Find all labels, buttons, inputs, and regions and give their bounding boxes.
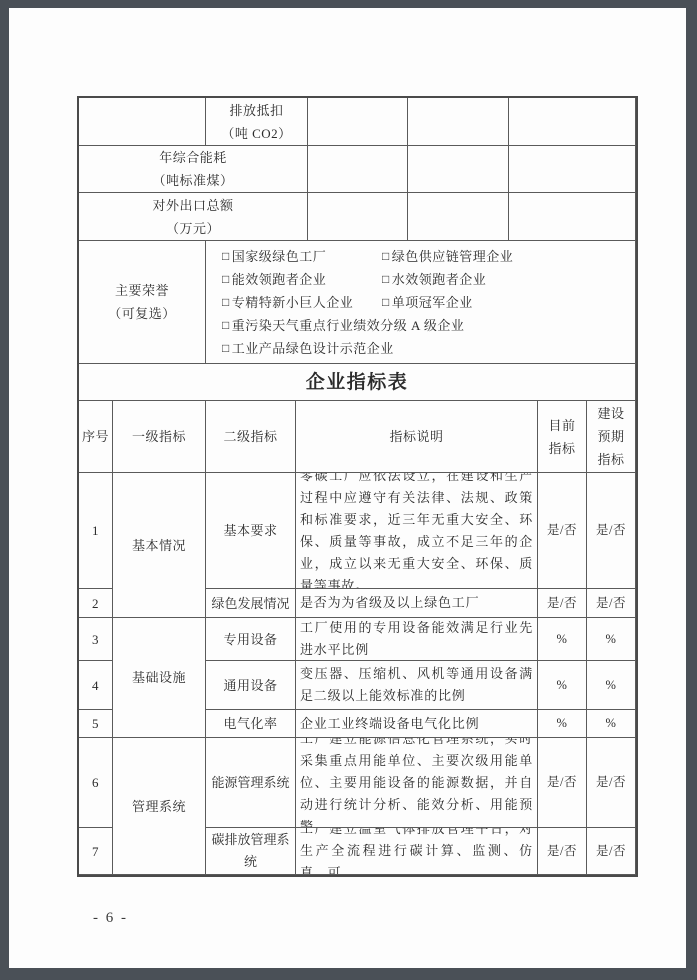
- checkbox-icon: □: [222, 291, 230, 314]
- level1-group-cell: 管理系统: [113, 738, 206, 875]
- level2-cell: 通用设备: [206, 661, 296, 710]
- seq-cell: 7: [79, 828, 113, 875]
- honor-option-label: 水效领跑者企业: [392, 268, 487, 291]
- desc-cell: 工厂建立能源信息化管理系统，实时采集重点用能单位、主要次级用能单位、主要用能设备…: [296, 738, 538, 828]
- level1-group-cell: 基础设施: [113, 618, 206, 738]
- col-header-level2: 二级指标: [206, 401, 296, 473]
- carryover-empty-value-cell: [308, 98, 408, 146]
- document-page: 排放抵扣 （吨 CO2） 年综合能耗 （吨标准煤） 对外出口总额 （万元） 主要…: [9, 8, 686, 968]
- honor-checkbox-option[interactable]: □国家级绿色工厂: [222, 245, 382, 268]
- current-value-cell: 是/否: [538, 738, 587, 828]
- checkbox-icon: □: [222, 337, 230, 360]
- expected-value-cell: 是/否: [587, 473, 636, 589]
- honor-option-label: 重污染天气重点行业绩效分级 A 级企业: [232, 314, 465, 337]
- honor-option-label: 工业产品绿色设计示范企业: [232, 337, 394, 360]
- page-number: - 6 -: [93, 910, 128, 927]
- seq-cell: 1: [79, 473, 113, 589]
- carryover-empty-value-cell: [408, 146, 509, 193]
- level2-cell: 能源管理系统: [206, 738, 296, 828]
- table-title: 企业指标表: [79, 364, 636, 401]
- honor-option-label: 国家级绿色工厂: [232, 245, 327, 268]
- current-value-cell: 是/否: [538, 473, 587, 589]
- carryover-empty-value-cell: [509, 193, 636, 241]
- honor-option-label: 绿色供应链管理企业: [392, 245, 514, 268]
- col-header-level1: 一级指标: [113, 401, 206, 473]
- honor-checkbox-option[interactable]: □重污染天气重点行业绩效分级 A 级企业: [222, 314, 464, 337]
- current-value-cell: %: [538, 661, 587, 710]
- checkbox-icon: □: [382, 245, 390, 268]
- checkbox-icon: □: [382, 291, 390, 314]
- honor-checkbox-option[interactable]: □能效领跑者企业: [222, 268, 382, 291]
- col-header-current: 目前 指标: [538, 401, 587, 473]
- level2-cell: 专用设备: [206, 618, 296, 661]
- current-value-cell: 是/否: [538, 589, 587, 618]
- desc-cell: 工厂使用的专用设备能效满足行业先进水平比例: [296, 618, 538, 661]
- honor-checkbox-option[interactable]: □工业产品绿色设计示范企业: [222, 337, 394, 360]
- carryover-empty-value-cell: [308, 193, 408, 241]
- carryover-label-cell: 排放抵扣 （吨 CO2）: [206, 98, 308, 146]
- honor-checkbox-option[interactable]: □水效领跑者企业: [382, 268, 486, 291]
- checkbox-icon: □: [222, 314, 230, 337]
- desc-cell: 变压器、压缩机、风机等通用设备满足二级以上能效标准的比例: [296, 661, 538, 710]
- form-table: 排放抵扣 （吨 CO2） 年综合能耗 （吨标准煤） 对外出口总额 （万元） 主要…: [79, 98, 636, 875]
- carryover-blank-cell: [79, 98, 206, 146]
- col-header-expected: 建设 预期 指标: [587, 401, 636, 473]
- expected-value-cell: 是/否: [587, 828, 636, 875]
- honor-option-label: 单项冠军企业: [392, 291, 473, 314]
- honor-checkbox-option[interactable]: □绿色供应链管理企业: [382, 245, 513, 268]
- seq-cell: 3: [79, 618, 113, 661]
- desc-cell: 工厂建立温室气体排放管理平台，对生产全流程进行碳计算、监测、仿真、可: [296, 828, 538, 875]
- current-value-cell: %: [538, 618, 587, 661]
- honor-option-row: □工业产品绿色设计示范企业: [222, 337, 635, 360]
- carryover-empty-value-cell: [408, 98, 509, 146]
- honor-option-row: □重污染天气重点行业绩效分级 A 级企业: [222, 314, 635, 337]
- level2-cell: 电气化率: [206, 710, 296, 738]
- seq-cell: 4: [79, 661, 113, 710]
- level2-cell: 绿色发展情况: [206, 589, 296, 618]
- honor-checkbox-option[interactable]: □单项冠军企业: [382, 291, 473, 314]
- carryover-label-cell: 对外出口总额 （万元）: [79, 193, 308, 241]
- level1-group-cell: 基本情况: [113, 473, 206, 618]
- honor-option-row: □国家级绿色工厂 □绿色供应链管理企业: [222, 245, 635, 268]
- scanned-document-screenshot: { "page": { "footer_text": "- 6 -" }, "c…: [0, 0, 697, 980]
- level2-cell: 碳排放管理系统: [206, 828, 296, 875]
- honor-checkbox-option[interactable]: □专精特新小巨人企业: [222, 291, 382, 314]
- expected-value-cell: 是/否: [587, 589, 636, 618]
- seq-cell: 5: [79, 710, 113, 738]
- checkbox-icon: □: [222, 245, 230, 268]
- carryover-empty-value-cell: [509, 98, 636, 146]
- desc-cell: 企业工业终端设备电气化比例: [296, 710, 538, 738]
- current-value-cell: 是/否: [538, 828, 587, 875]
- seq-cell: 6: [79, 738, 113, 828]
- honors-label-cell: 主要荣誉 （可复选）: [79, 241, 206, 364]
- honors-options-cell: □国家级绿色工厂 □绿色供应链管理企业 □能效领跑者企业 □水效领跑者企业 □专…: [206, 241, 636, 364]
- carryover-empty-value-cell: [408, 193, 509, 241]
- carryover-empty-value-cell: [509, 146, 636, 193]
- desc-cell: 是否为为省级及以上绿色工厂: [296, 589, 538, 618]
- col-header-seq: 序号: [79, 401, 113, 473]
- carryover-label-cell: 年综合能耗 （吨标准煤）: [79, 146, 308, 193]
- honor-option-label: 能效领跑者企业: [232, 268, 327, 291]
- current-value-cell: %: [538, 710, 587, 738]
- expected-value-cell: %: [587, 661, 636, 710]
- expected-value-cell: %: [587, 710, 636, 738]
- seq-cell: 2: [79, 589, 113, 618]
- checkbox-icon: □: [222, 268, 230, 291]
- expected-value-cell: 是/否: [587, 738, 636, 828]
- carryover-empty-value-cell: [308, 146, 408, 193]
- honor-option-row: □能效领跑者企业 □水效领跑者企业: [222, 268, 635, 291]
- level2-cell: 基本要求: [206, 473, 296, 589]
- honor-option-row: □专精特新小巨人企业 □单项冠军企业: [222, 291, 635, 314]
- desc-cell: 零碳工厂应依法设立，在建设和生产过程中应遵守有关法律、法规、政策和标准要求，近三…: [296, 473, 538, 589]
- col-header-description: 指标说明: [296, 401, 538, 473]
- expected-value-cell: %: [587, 618, 636, 661]
- checkbox-icon: □: [382, 268, 390, 291]
- honor-option-label: 专精特新小巨人企业: [232, 291, 354, 314]
